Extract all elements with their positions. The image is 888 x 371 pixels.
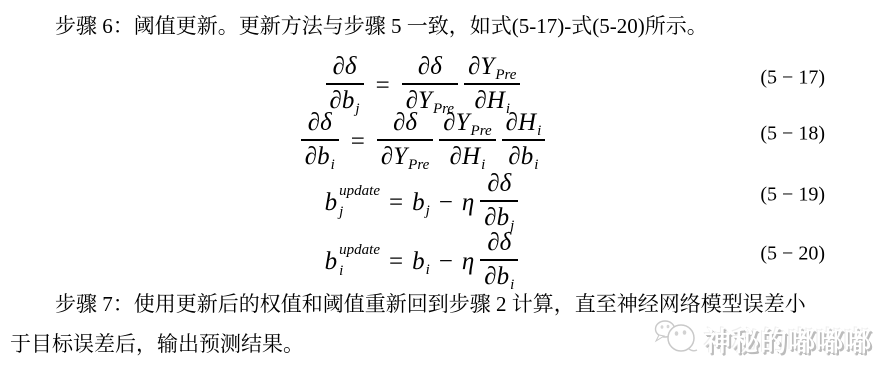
paragraph-step7-line1: 步骤 7：使用更新后的权值和阈值重新回到步骤 2 计算，直至神经网络模型误差小 — [55, 291, 806, 317]
math-text: ∂δ — [487, 229, 511, 256]
equals-sign: = — [376, 73, 390, 98]
script-stack: update i — [339, 243, 380, 279]
math-text: ∂Y — [381, 143, 407, 170]
fraction: ∂Hi ∂bi — [502, 109, 546, 174]
fraction-numerator: ∂δ — [326, 53, 364, 83]
equation-formula-19: b update j = bj − η ∂δ ∂bj — [325, 170, 522, 235]
math-variable-group: bj — [412, 190, 430, 215]
equation-row-19: b update j = bj − η ∂δ ∂bj (5 − 19) — [0, 174, 888, 230]
math-variable: b — [412, 189, 425, 216]
fraction-denominator: ∂bi — [502, 139, 546, 173]
equation-formula-18: ∂δ ∂bi = ∂δ ∂YPre ∂YPre ∂Hi ∂Hi ∂bi — [298, 109, 548, 174]
math-subscript: i — [537, 123, 541, 139]
fraction: ∂δ ∂bi — [480, 229, 518, 294]
equals-sign: = — [351, 129, 365, 154]
math-text: ∂b — [508, 143, 533, 170]
math-text: ∂Y — [468, 53, 494, 80]
document-page: 步骤 6：阈值更新。更新方法与步骤 5 一致，如式(5-17)-式(5-20)所… — [0, 0, 888, 371]
math-variable-group: bi — [412, 249, 430, 274]
math-subscript: Pre — [495, 67, 516, 83]
equation-formula-17: ∂δ ∂bj = ∂δ ∂YPre ∂YPre ∂Hi — [323, 53, 524, 118]
math-text: ∂δ — [487, 170, 511, 197]
watermark-text: 神秘的嘟嘟嘟 — [704, 320, 872, 359]
variable-with-scripts: b update i — [325, 243, 380, 279]
math-subscript: i — [426, 262, 430, 278]
fraction: ∂δ ∂YPre — [377, 109, 433, 174]
fraction-denominator: ∂YPre — [377, 139, 433, 173]
equation-formula-20: b update i = bi − η ∂δ ∂bi — [325, 229, 522, 294]
fraction-numerator: ∂YPre — [464, 53, 520, 83]
equation-row-18: ∂δ ∂bi = ∂δ ∂YPre ∂YPre ∂Hi ∂Hi ∂bi (5 −… — [0, 113, 888, 169]
math-text: ∂δ — [393, 109, 417, 136]
fraction-numerator: ∂δ — [480, 170, 518, 200]
variable-with-scripts: b update j — [325, 184, 380, 220]
equation-label: (5 − 19) — [760, 184, 825, 207]
equals-sign: = — [389, 249, 403, 274]
equation-label: (5 − 18) — [760, 123, 825, 146]
minus-sign: − — [439, 249, 453, 274]
fraction: ∂δ ∂bj — [480, 170, 518, 235]
fraction-denominator: ∂bi — [301, 139, 339, 173]
fraction-denominator: ∂bi — [480, 259, 518, 293]
paragraph-step7-line2: 于目标误差后，输出预测结果。 — [10, 331, 304, 357]
math-variable: b — [412, 248, 425, 275]
fraction: ∂YPre ∂Hi — [464, 53, 520, 118]
math-subscript: Pre — [471, 123, 492, 139]
math-text: ∂Y — [443, 109, 469, 136]
fraction: ∂YPre ∂Hi — [439, 109, 495, 174]
math-text: ∂b — [305, 143, 330, 170]
equation-label: (5 − 17) — [760, 67, 825, 90]
fraction-numerator: ∂δ — [377, 109, 433, 139]
eta-symbol: η — [462, 190, 474, 215]
math-superscript: update — [339, 184, 380, 199]
paragraph-step6: 步骤 6：阈值更新。更新方法与步骤 5 一致，如式(5-17)-式(5-20)所… — [55, 13, 708, 39]
math-text: ∂δ — [333, 53, 357, 80]
fraction: ∂δ ∂YPre — [402, 53, 458, 118]
math-subscript: i — [339, 264, 343, 279]
math-text: ∂b — [484, 204, 509, 231]
math-text: ∂H — [506, 109, 536, 136]
math-superscript: update — [339, 243, 380, 258]
math-variable: b — [325, 190, 338, 215]
minus-sign: − — [439, 190, 453, 215]
fraction-numerator: ∂YPre — [439, 109, 495, 139]
equation-label: (5 − 20) — [760, 243, 825, 266]
math-variable: b — [325, 249, 338, 274]
fraction: ∂δ ∂bi — [301, 109, 339, 174]
fraction-numerator: ∂Hi — [502, 109, 546, 139]
fraction-numerator: ∂δ — [301, 109, 339, 139]
fraction-numerator: ∂δ — [480, 229, 518, 259]
fraction-numerator: ∂δ — [402, 53, 458, 83]
script-stack: update j — [339, 184, 380, 220]
fraction: ∂δ ∂bj — [326, 53, 364, 118]
watermark: 神秘的嘟嘟嘟 — [653, 318, 872, 361]
math-text: ∂δ — [418, 53, 442, 80]
fraction-denominator: ∂Hi — [439, 139, 495, 173]
math-text: ∂δ — [308, 109, 332, 136]
math-subscript: j — [339, 205, 343, 220]
equation-row-17: ∂δ ∂bj = ∂δ ∂YPre ∂YPre ∂Hi (5 − 17) — [0, 57, 888, 113]
math-text: ∂b — [484, 263, 509, 290]
math-subscript: j — [426, 203, 430, 219]
math-text: ∂H — [450, 143, 480, 170]
eta-symbol: η — [462, 249, 474, 274]
chat-bubbles-face-icon — [653, 318, 699, 361]
equation-row-20: b update i = bi − η ∂δ ∂bi (5 − 20) — [0, 233, 888, 289]
math-subscript: i — [534, 157, 538, 173]
equals-sign: = — [389, 190, 403, 215]
